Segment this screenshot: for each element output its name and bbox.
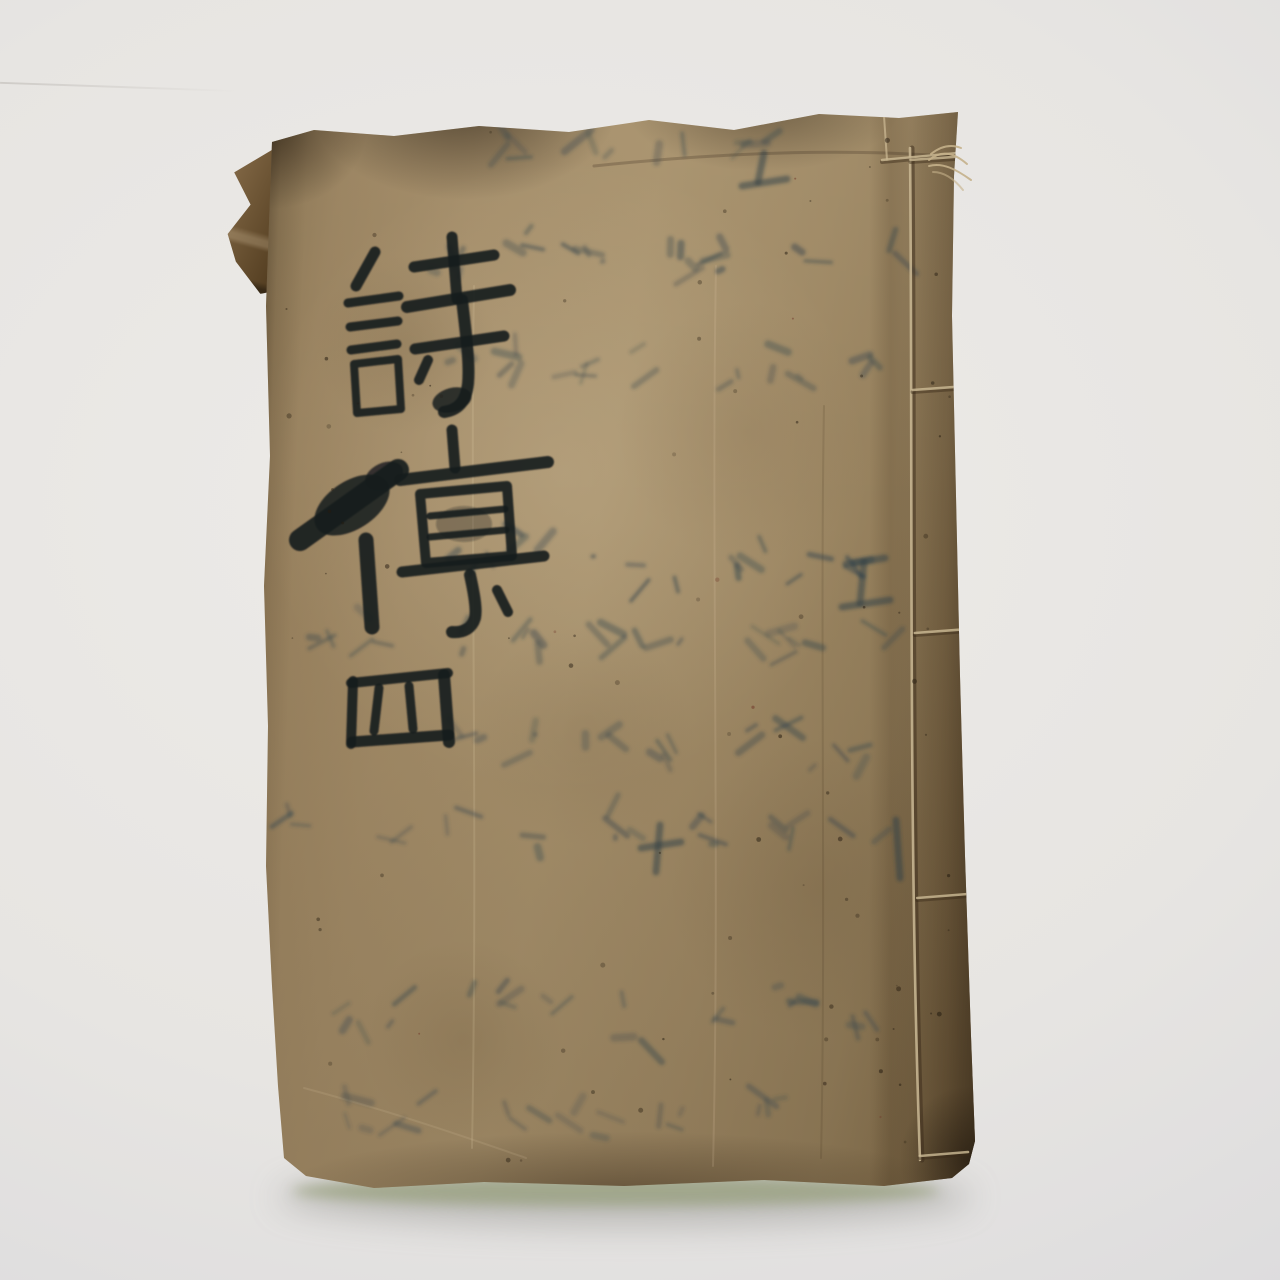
- cover-artwork: [264, 106, 976, 1192]
- backdrop-crease: [0, 82, 240, 92]
- frayed-thread-tuft: [925, 138, 987, 200]
- title-calligraphy: [300, 237, 548, 744]
- photo-background: 詩傳 四: [0, 0, 1280, 1280]
- book-cover: [264, 106, 976, 1192]
